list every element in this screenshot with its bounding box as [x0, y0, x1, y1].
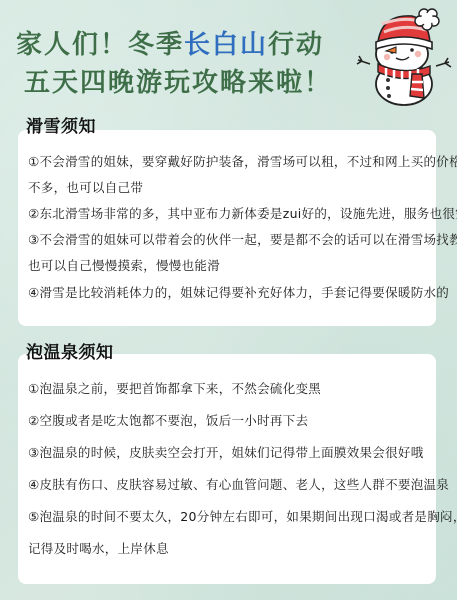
ski-note-line: ②东北滑雪场非常的多，其中亚布力新体委是zui好的，设施先进，服务也很完善: [28, 204, 457, 222]
title-line-1-post: 行动: [268, 30, 324, 60]
hot-spring-notes-card: ①泡温泉之前，要把首饰都拿下来，不然会硫化变黑 ②空腹或者是吃太饱都不要泡，饭后…: [18, 354, 436, 584]
hot-spring-note-line: ③泡温泉的时候，皮肤卖空会打开，姐妹们记得带上面膜效果会很好哦: [28, 443, 424, 461]
hot-spring-notes-heading: 泡温泉须知: [26, 338, 114, 363]
title-accent-location: 长白山: [184, 30, 268, 60]
hot-spring-note-line: ④皮肤有伤口、皮肤容易过敏、有心血管问题、老人，这些人群不要泡温泉: [28, 475, 449, 493]
title-line-2: 五天四晚游玩攻略来啦！: [24, 62, 332, 99]
title-line-1: 家人们！冬季长白山行动: [16, 24, 324, 61]
ski-notes-heading: 滑雪须知: [26, 112, 96, 137]
hot-spring-note-line: ①泡温泉之前，要把首饰都拿下来，不然会硫化变黑: [28, 379, 321, 397]
snowman-icon: [352, 4, 456, 108]
ski-note-line: 不多，也可以自己带: [28, 178, 143, 196]
hot-spring-note-line: 记得及时喝水，上岸休息: [28, 539, 169, 557]
ski-note-line: ①不会滑雪的姐妹，要穿戴好防护装备，滑雪场可以租，不过和网上买的价格差: [28, 152, 457, 170]
ski-notes-card: ①不会滑雪的姐妹，要穿戴好防护装备，滑雪场可以租，不过和网上买的价格差 不多，也…: [18, 130, 436, 326]
hot-spring-note-line: ⑤泡温泉的时间不要太久，20分钟左右即可，如果期间出现口渴或者是胸闷，: [28, 507, 457, 525]
hot-spring-note-line: ②空腹或者是吃太饱都不要泡，饭后一小时再下去: [28, 411, 308, 429]
title-line-1-pre: 家人们！冬季: [16, 30, 184, 60]
ski-note-line: ④滑雪是比较消耗体力的，姐妹记得要补充好体力，手套记得要保暖防水的: [28, 283, 449, 301]
ski-note-line: ③不会滑雪的姐妹可以带着会的伙伴一起，要是都不会的话可以在滑雪场找教练，: [28, 230, 457, 248]
ski-note-line: 也可以自己慢慢摸索，慢慢也能滑: [28, 256, 220, 274]
